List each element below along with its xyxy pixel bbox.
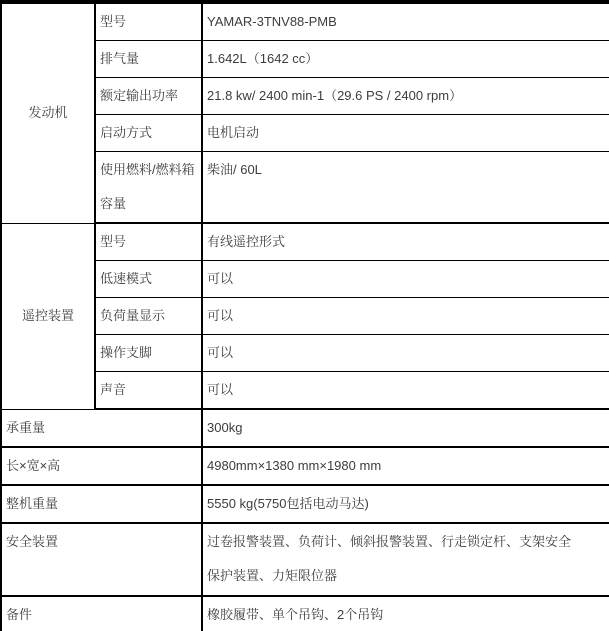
- row-value: 可以: [202, 335, 609, 372]
- row-label: 启动方式: [95, 115, 202, 152]
- table-row: 长×宽×高4980mm×1380 mm×1980 mm: [1, 447, 609, 485]
- row-label: 使用燃料/燃料箱 容量: [95, 152, 202, 224]
- row-value: 可以: [202, 261, 609, 298]
- row-label: 承重量: [1, 409, 202, 447]
- row-label: 安全装置: [1, 523, 202, 596]
- row-value: 4980mm×1380 mm×1980 mm: [202, 447, 609, 485]
- row-value: 橡胶履带、单个吊钩、2个吊钩: [202, 596, 609, 631]
- row-value: 5550 kg(5750包括电动马达): [202, 485, 609, 523]
- row-value: 过卷报警装置、负荷计、倾斜报警装置、行走锁定杆、支架安全 保护装置、力矩限位器: [202, 523, 609, 596]
- row-label: 备件: [1, 596, 202, 631]
- row-value: 21.8 kw/ 2400 min-1（29.6 PS / 2400 rpm）: [202, 78, 609, 115]
- row-label: 长×宽×高: [1, 447, 202, 485]
- table-row: 承重量300kg: [1, 409, 609, 447]
- row-label: 型号: [95, 2, 202, 41]
- row-label: 排气量: [95, 41, 202, 78]
- row-label: 整机重量: [1, 485, 202, 523]
- row-label: 低速模式: [95, 261, 202, 298]
- group-label: 遥控装置: [1, 223, 95, 409]
- row-value: 柴油/ 60L: [202, 152, 609, 224]
- spec-table-body: 发动机型号YAMAR-3TNV88-PMB排气量1.642L（1642 cc）额…: [1, 2, 609, 631]
- row-value: 可以: [202, 298, 609, 335]
- row-label: 额定输出功率: [95, 78, 202, 115]
- row-value: 1.642L（1642 cc）: [202, 41, 609, 78]
- spec-table: 发动机型号YAMAR-3TNV88-PMB排气量1.642L（1642 cc）额…: [0, 0, 609, 631]
- row-label: 操作支脚: [95, 335, 202, 372]
- row-value: YAMAR-3TNV88-PMB: [202, 2, 609, 41]
- table-row: 备件橡胶履带、单个吊钩、2个吊钩: [1, 596, 609, 631]
- table-row: 安全装置过卷报警装置、负荷计、倾斜报警装置、行走锁定杆、支架安全 保护装置、力矩…: [1, 523, 609, 596]
- row-value: 可以: [202, 372, 609, 410]
- group-label: 发动机: [1, 2, 95, 223]
- row-label: 型号: [95, 223, 202, 261]
- row-value: 有线遥控形式: [202, 223, 609, 261]
- row-label: 负荷量显示: [95, 298, 202, 335]
- table-row: 整机重量5550 kg(5750包括电动马达): [1, 485, 609, 523]
- table-row: 发动机型号YAMAR-3TNV88-PMB: [1, 2, 609, 41]
- row-label: 声音: [95, 372, 202, 410]
- row-value: 电机启动: [202, 115, 609, 152]
- table-row: 遥控装置型号有线遥控形式: [1, 223, 609, 261]
- row-value: 300kg: [202, 409, 609, 447]
